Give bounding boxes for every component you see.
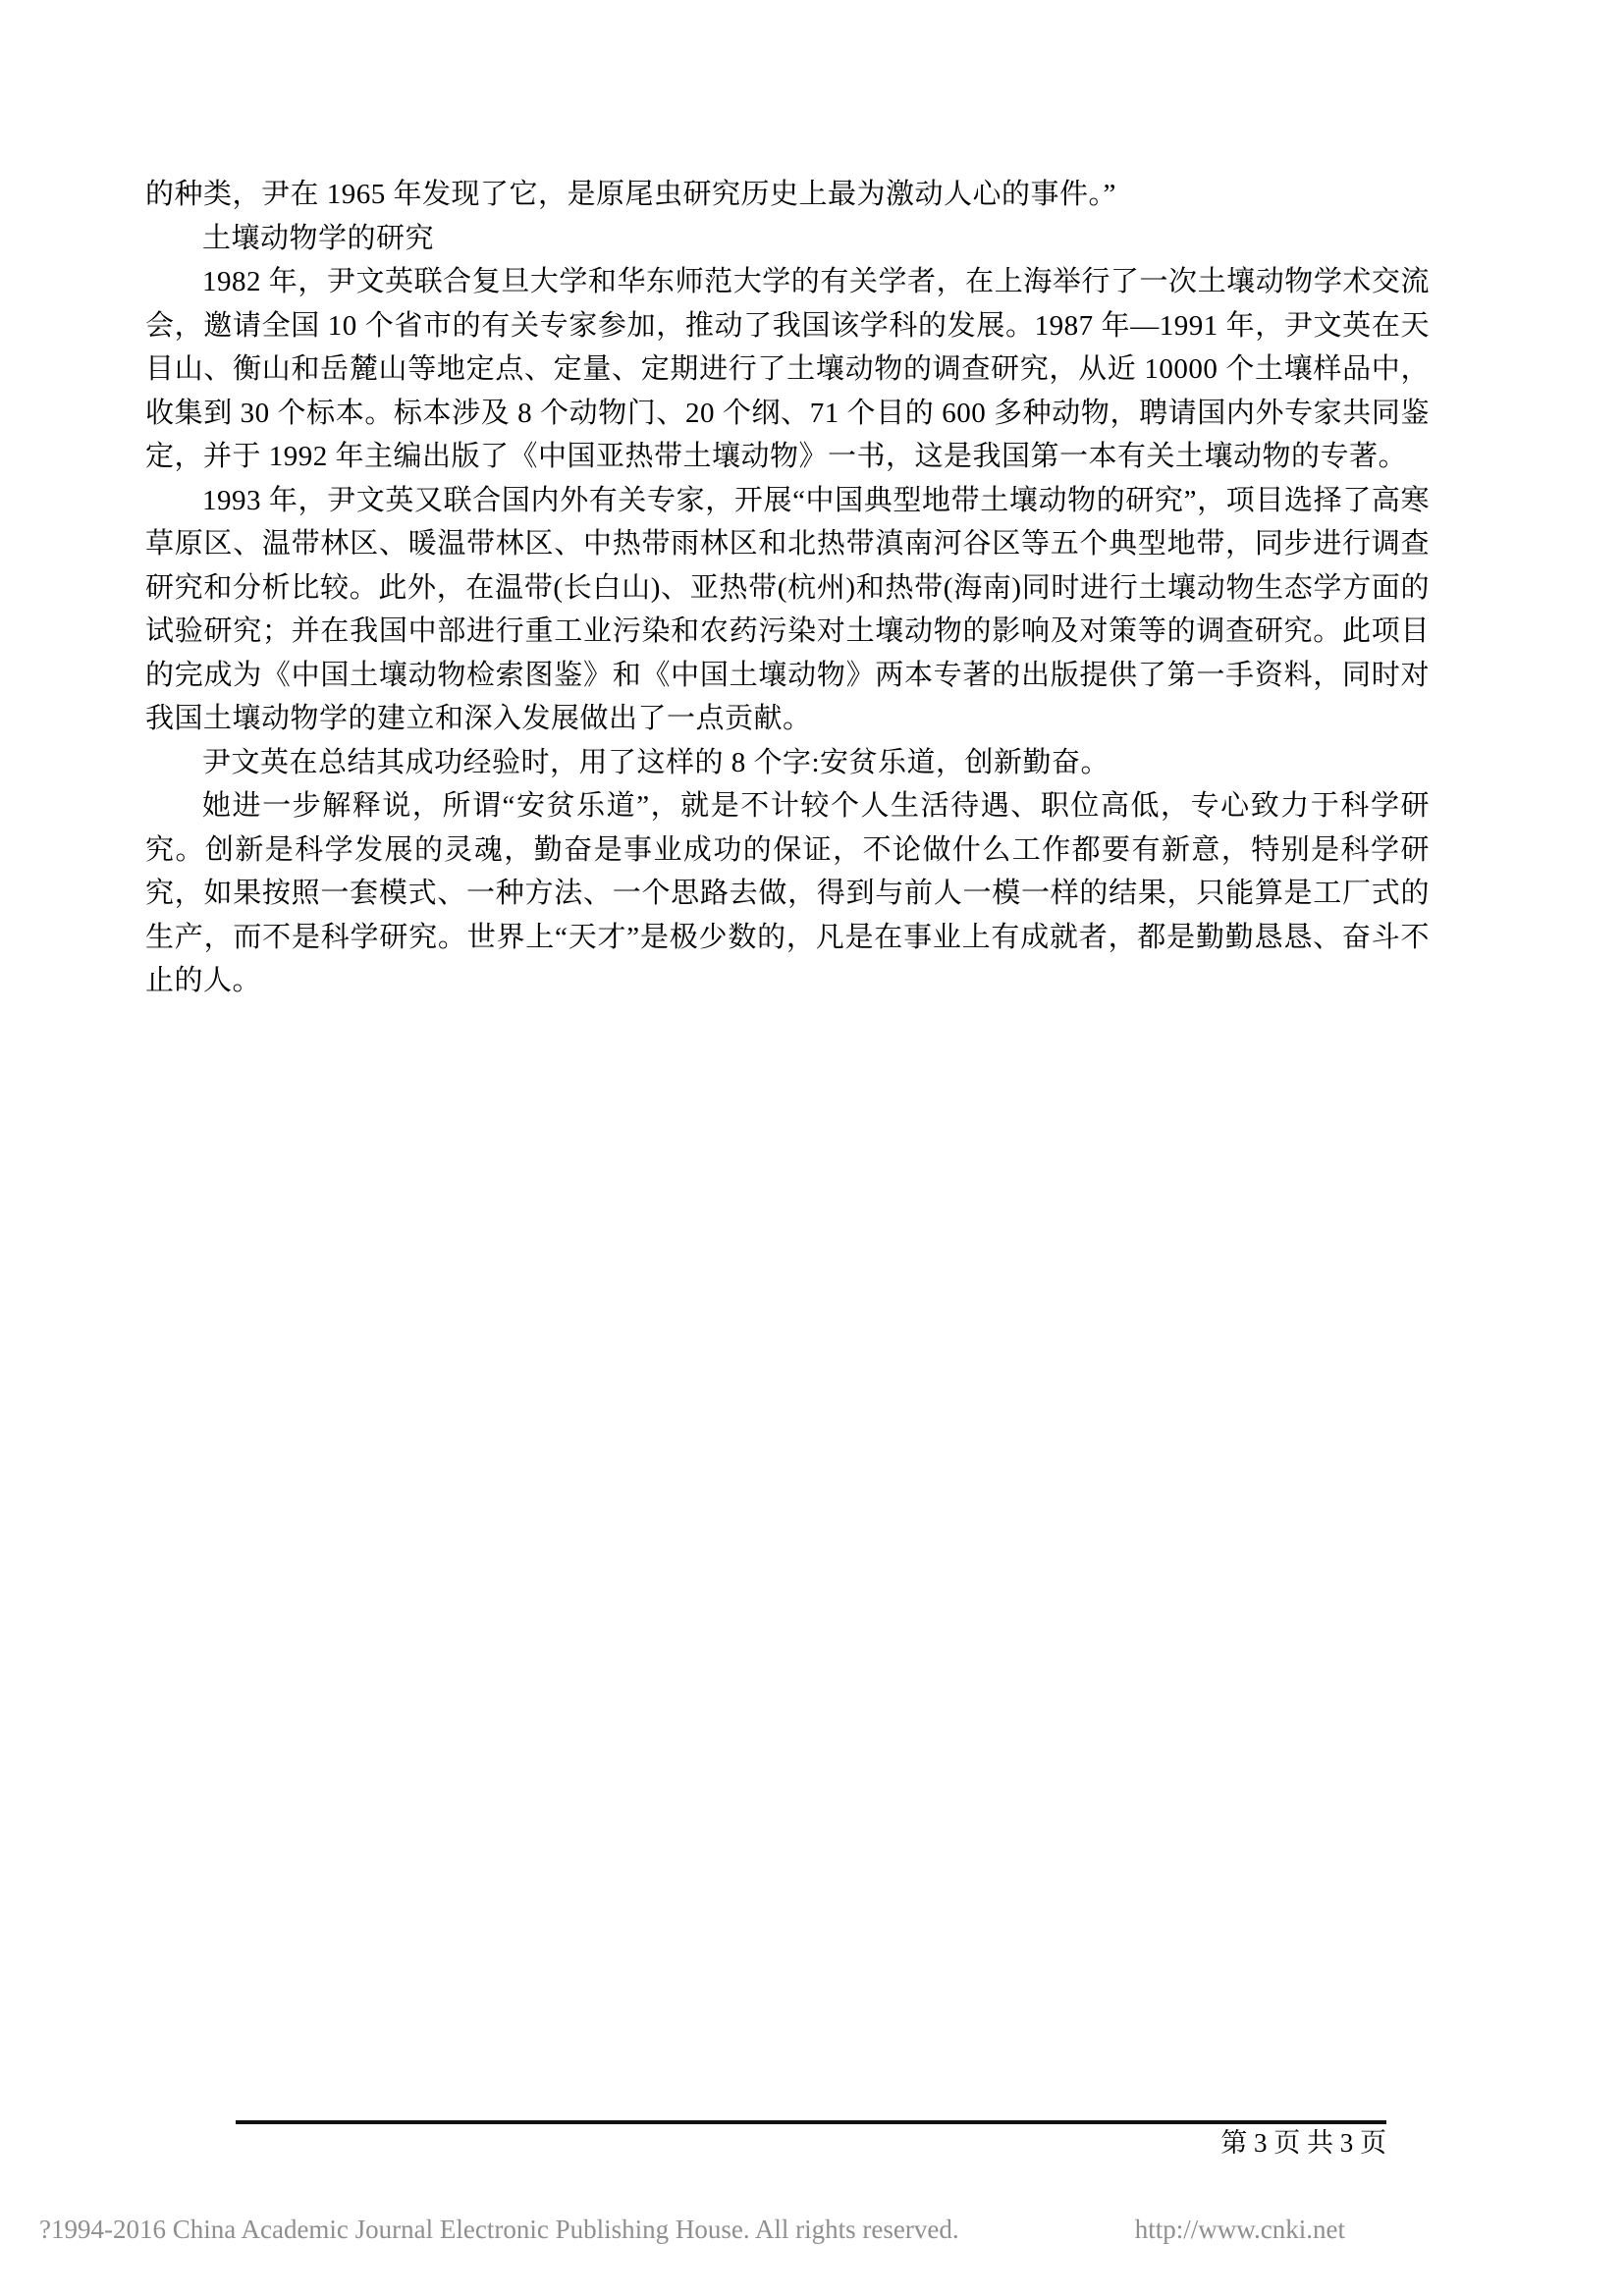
paragraph-1982: 1982 年，尹文英联合复旦大学和华东师范大学的有关学者，在上海举行了一次土壤动… [145,260,1430,479]
paragraph-continuation: 的种类，尹在 1965 年发现了它，是原尾虫研究历史上最为激动人心的事件。” [145,173,1430,217]
copyright-url: http://www.cnki.net [1135,2215,1345,2245]
paragraph-explanation: 她进一步解释说，所谓“安贫乐道”，就是不计较个人生活待遇、职位高低，专心致力于科… [145,784,1430,1003]
document-page: 的种类，尹在 1965 年发现了它，是原尾虫研究历史上最为激动人心的事件。” 土… [0,0,1624,2296]
section-heading: 土壤动物学的研究 [145,217,1430,261]
paragraph-experience: 尹文英在总结其成功经验时，用了这样的 8 个字:安贫乐道，创新勤奋。 [145,741,1430,785]
page-number: 第 3 页 共 3 页 [236,2127,1386,2159]
copyright-bar: ?1994-2016 China Academic Journal Electr… [39,2215,1345,2245]
page-footer: 第 3 页 共 3 页 [236,2120,1386,2159]
footer-divider [236,2120,1386,2124]
document-body: 的种类，尹在 1965 年发现了它，是原尾虫研究历史上最为激动人心的事件。” 土… [145,173,1430,1003]
copyright-text: ?1994-2016 China Academic Journal Electr… [39,2215,959,2245]
paragraph-1993: 1993 年，尹文英又联合国内外有关专家，开展“中国典型地带土壤动物的研究”，项… [145,479,1430,741]
